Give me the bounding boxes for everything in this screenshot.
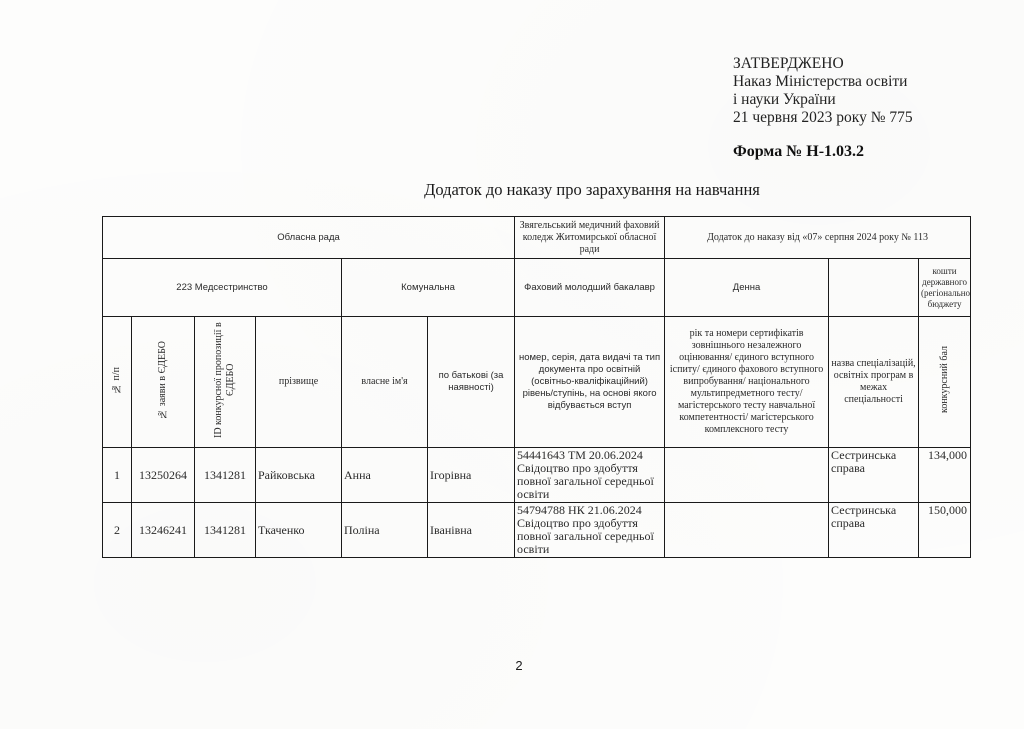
degree-cell: Фаховий молодший бакалавр (515, 259, 665, 317)
cell-offer-id: 1341281 (195, 448, 256, 503)
document-title: Додаток до наказу про зарахування на нав… (0, 180, 1024, 200)
order-reference-cell: Додаток до наказу від «07» серпня 2024 р… (665, 217, 971, 259)
funding-source-cell: кошти державного (регіонального) бюджету (919, 259, 971, 317)
col-header-surname: прізвище (256, 317, 342, 448)
header-row-institution: Обласна рада Звягельський медичний фахов… (103, 217, 971, 259)
approval-line: Наказ Міністерства освіти (733, 73, 913, 91)
cell-number: 2 (103, 503, 132, 558)
cell-certificates (665, 448, 829, 503)
approval-line: ЗАТВЕРДЖЕНО (733, 55, 913, 73)
empty-cell (829, 259, 919, 317)
approval-line: 21 червня 2023 року № 775 (733, 109, 913, 127)
cell-surname: Райковська (256, 448, 342, 503)
col-header-number: № п/п (103, 317, 132, 448)
header-row-specialty: 223 Медсестринство Комунальна Фаховий мо… (103, 259, 971, 317)
col-header-offer-id: ID конкурсної пропозиції в ЄДЕБО (195, 317, 256, 448)
ownership-cell: Комунальна (342, 259, 515, 317)
page-number: 2 (0, 658, 1024, 673)
cell-offer-id: 1341281 (195, 503, 256, 558)
form-number: Форма № Н-1.03.2 (733, 143, 864, 161)
cell-program: Сестринська справа (829, 448, 919, 503)
specialty-cell: 223 Медсестринство (103, 259, 342, 317)
col-header-first-name: власне ім'я (342, 317, 428, 448)
region-council-cell: Обласна рада (103, 217, 515, 259)
approval-line: і науки України (733, 91, 913, 109)
cell-surname: Ткаченко (256, 503, 342, 558)
col-header-application-id: № заяви в ЄДЕБО (132, 317, 195, 448)
cell-score: 134,000 (919, 448, 971, 503)
col-header-patronymic: по батькові (за наявності) (428, 317, 515, 448)
col-header-certificates: рік та номери сертифікатів зовнішнього н… (665, 317, 829, 448)
table-row: 2 13246241 1341281 Ткаченко Поліна Івані… (103, 503, 971, 558)
column-header-row: № п/п № заяви в ЄДЕБО ID конкурсної проп… (103, 317, 971, 448)
cell-program: Сестринська справа (829, 503, 919, 558)
cell-first-name: Анна (342, 448, 428, 503)
table-row: 1 13250264 1341281 Райковська Анна Ігорі… (103, 448, 971, 503)
cell-patronymic: Іванівна (428, 503, 515, 558)
cell-application-id: 13250264 (132, 448, 195, 503)
col-header-program: назва спеціалізацій, освітніх програм в … (829, 317, 919, 448)
approval-stamp: ЗАТВЕРДЖЕНО Наказ Міністерства освіти і … (733, 55, 913, 127)
col-header-score: конкурсний бал (919, 317, 971, 448)
cell-document: 54441643 ТМ 20.06.2024 Свідоцтво про здо… (515, 448, 665, 503)
col-header-document: номер, серія, дата видачі та тип докумен… (515, 317, 665, 448)
institution-cell: Звягельський медичний фаховий коледж Жит… (515, 217, 665, 259)
enrollment-table: Обласна рада Звягельський медичний фахов… (102, 216, 971, 558)
cell-first-name: Поліна (342, 503, 428, 558)
study-form-cell: Денна (665, 259, 829, 317)
cell-document: 54794788 НК 21.06.2024 Свідоцтво про здо… (515, 503, 665, 558)
cell-score: 150,000 (919, 503, 971, 558)
cell-number: 1 (103, 448, 132, 503)
cell-certificates (665, 503, 829, 558)
cell-patronymic: Ігорівна (428, 448, 515, 503)
cell-application-id: 13246241 (132, 503, 195, 558)
